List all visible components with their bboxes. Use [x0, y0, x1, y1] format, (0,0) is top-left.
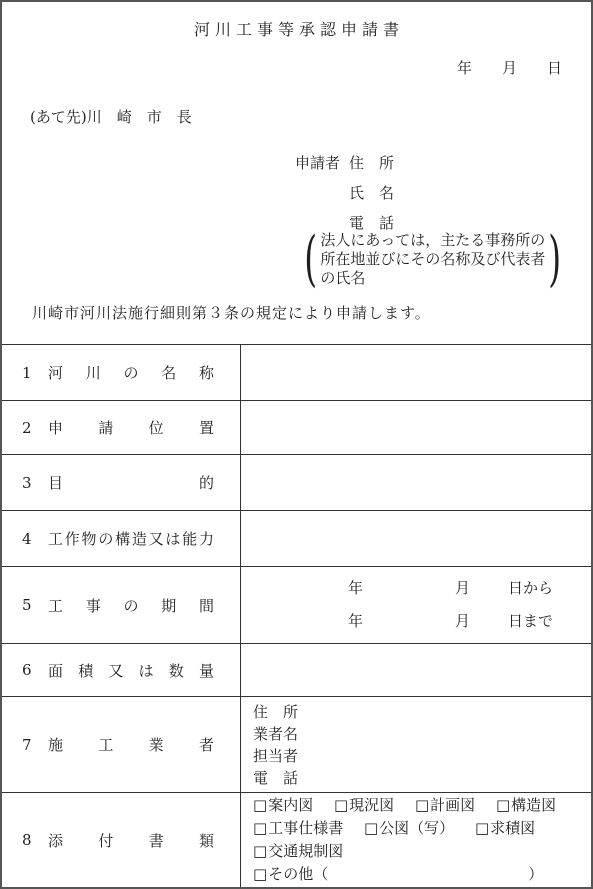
checkbox-label: 現況図 [349, 796, 394, 814]
row-label-cell: 8 添 付 書 類 [2, 793, 241, 887]
table-row-purpose: 3 目 的 [2, 454, 591, 510]
checkbox-label: 求積図 [490, 819, 535, 837]
checkbox-label: その他（ [268, 865, 328, 883]
period-to-line: 年 月 日まで [241, 605, 591, 638]
period-from-month-label: 月 [455, 572, 470, 605]
period-to-month-label: 月 [455, 605, 470, 638]
attachments-line-4: □その他（） [253, 863, 591, 886]
structure-capacity-field[interactable] [241, 511, 591, 566]
applicant-name-label[interactable]: 氏 名 [349, 178, 394, 208]
checkbox-icon[interactable]: □ [253, 796, 267, 814]
contractor-person-label: 担当者 [253, 745, 591, 767]
period-from-year-label: 年 [348, 572, 363, 605]
row-label-cell: 2 申 請 位 置 [2, 401, 241, 454]
row-label: 添 付 書 類 [48, 830, 214, 851]
applicant-fields: 住 所 氏 名 電 話 [349, 148, 394, 238]
construction-period-field[interactable]: 年 月 日から 年 月 日まで [241, 567, 591, 643]
addressee-line: (あて先)川 崎 市 長 [30, 106, 192, 127]
contractor-phone-label: 電 話 [253, 767, 591, 789]
contractor-address-label: 住 所 [253, 701, 591, 723]
row-number: 5 [22, 596, 48, 614]
other-paren-close: ） [528, 865, 543, 883]
checkbox-label: 構造図 [511, 796, 556, 814]
checkbox-icon[interactable]: □ [415, 796, 429, 814]
checkbox-icon[interactable]: □ [496, 796, 510, 814]
row-label: 工 事 の 期 間 [48, 595, 214, 616]
row-label: 申 請 位 置 [48, 417, 214, 438]
table-row-construction-period: 5 工 事 の 期 間 年 月 日から 年 月 日まで [2, 566, 591, 643]
table-row-structure-capacity: 4 工作物の構造又は能力 [2, 510, 591, 566]
table-row-river-name: 1 河 川 の 名 称 [2, 344, 591, 400]
date-day-label: 日 [547, 57, 562, 78]
row-label: 施 工 業 者 [48, 734, 214, 755]
table-row-contractor: 7 施 工 業 者 住 所 業者名 担当者 電 話 [2, 696, 591, 792]
contractor-company-label: 業者名 [253, 723, 591, 745]
checkbox-icon[interactable]: □ [364, 819, 378, 837]
period-from-day-label: 日から [508, 572, 553, 605]
row-label: 面 積 又 は 数 量 [48, 660, 214, 681]
row-number: 1 [22, 364, 48, 382]
corporation-note-text: 法人にあっては，主たる事務所の 所在地並びにその名称及び代表者 の氏名 [320, 231, 545, 288]
contractor-field[interactable]: 住 所 業者名 担当者 電 話 [241, 697, 591, 792]
river-name-field[interactable] [241, 345, 591, 400]
checkbox-icon[interactable]: □ [253, 842, 267, 860]
row-label-cell: 7 施 工 業 者 [2, 697, 241, 792]
checkbox-label: 公図（写） [379, 819, 454, 837]
corporation-note: ( 法人にあっては，主たる事務所の 所在地並びにその名称及び代表者 の氏名 ) [299, 230, 567, 288]
checkbox-cadastral-map-copy[interactable]: □公図（写） [364, 819, 454, 837]
note-line: 法人にあっては，主たる事務所の [320, 231, 545, 250]
checkbox-other[interactable]: □その他（） [253, 865, 543, 883]
row-number: 2 [22, 419, 48, 437]
applicant-label: 申請者 [295, 148, 340, 178]
checkbox-guide-map[interactable]: □案内図 [253, 796, 313, 814]
checkbox-plan-map[interactable]: □計画図 [415, 796, 475, 814]
paren-open-icon: ( [304, 230, 317, 288]
date-year-label: 年 [457, 57, 472, 78]
checkbox-current-state-map[interactable]: □現況図 [334, 796, 394, 814]
note-line: 所在地並びにその名称及び代表者 [320, 250, 545, 269]
applicant-address-label[interactable]: 住 所 [349, 148, 394, 178]
checkbox-traffic-regulation-map[interactable]: □交通規制図 [253, 842, 343, 860]
row-label: 工作物の構造又は能力 [48, 528, 214, 549]
row-label-cell: 1 河 川 の 名 称 [2, 345, 241, 400]
date-month-label: 月 [502, 57, 517, 78]
note-line: の氏名 [320, 269, 545, 288]
area-quantity-field[interactable] [241, 644, 591, 696]
row-label-cell: 4 工作物の構造又は能力 [2, 511, 241, 566]
row-label-cell: 3 目 的 [2, 455, 241, 510]
row-number: 8 [22, 831, 48, 849]
paren-close-icon: ) [549, 230, 562, 288]
date-line: 年 月 日 [457, 57, 562, 78]
attachments-line-2: □工事仕様書 □公図（写） □求積図 [253, 817, 591, 840]
table-row-area-quantity: 6 面 積 又 は 数 量 [2, 643, 591, 696]
row-label-cell: 6 面 積 又 は 数 量 [2, 644, 241, 696]
checkbox-label: 計画図 [430, 796, 475, 814]
row-label: 河 川 の 名 称 [48, 362, 214, 383]
checkbox-icon[interactable]: □ [475, 819, 489, 837]
row-number: 7 [22, 736, 48, 754]
checkbox-icon[interactable]: □ [253, 819, 267, 837]
attachments-line-3: □交通規制図 [253, 840, 591, 863]
statement-line: 川崎市河川法施行細則第３条の規定により申請します。 [32, 302, 431, 323]
table-row-application-location: 2 申 請 位 置 [2, 400, 591, 454]
application-location-field[interactable] [241, 401, 591, 454]
attachments-field: □案内図 □現況図 □計画図 □構造図 □工事仕様書 □公図（写） □求積図 □… [241, 793, 591, 887]
table-row-attachments: 8 添 付 書 類 □案内図 □現況図 □計画図 □構造図 □工事仕様書 □公図… [2, 792, 591, 887]
checkbox-structure-map[interactable]: □構造図 [496, 796, 556, 814]
checkbox-icon[interactable]: □ [253, 865, 267, 883]
period-from-line: 年 月 日から [241, 572, 591, 605]
period-to-year-label: 年 [348, 605, 363, 638]
row-label-cell: 5 工 事 の 期 間 [2, 567, 241, 643]
row-number: 6 [22, 661, 48, 679]
checkbox-label: 交通規制図 [268, 842, 343, 860]
checkbox-icon[interactable]: □ [334, 796, 348, 814]
form-title: 河川工事等承認申請書 [2, 17, 591, 40]
row-number: 4 [22, 530, 48, 548]
form-table: 1 河 川 の 名 称 2 申 請 位 置 3 目 的 4 工作物 [2, 344, 591, 887]
purpose-field[interactable] [241, 455, 591, 510]
checkbox-area-calculation-map[interactable]: □求積図 [475, 819, 535, 837]
period-to-day-label: 日まで [508, 605, 553, 638]
checkbox-label: 工事仕様書 [268, 819, 343, 837]
attachments-line-1: □案内図 □現況図 □計画図 □構造図 [253, 794, 591, 817]
checkbox-label: 案内図 [268, 796, 313, 814]
row-label: 目 的 [48, 472, 214, 493]
checkbox-work-specification[interactable]: □工事仕様書 [253, 819, 343, 837]
application-form-page: 河川工事等承認申請書 年 月 日 (あて先)川 崎 市 長 申請者 住 所 氏 … [0, 0, 593, 889]
row-number: 3 [22, 474, 48, 492]
